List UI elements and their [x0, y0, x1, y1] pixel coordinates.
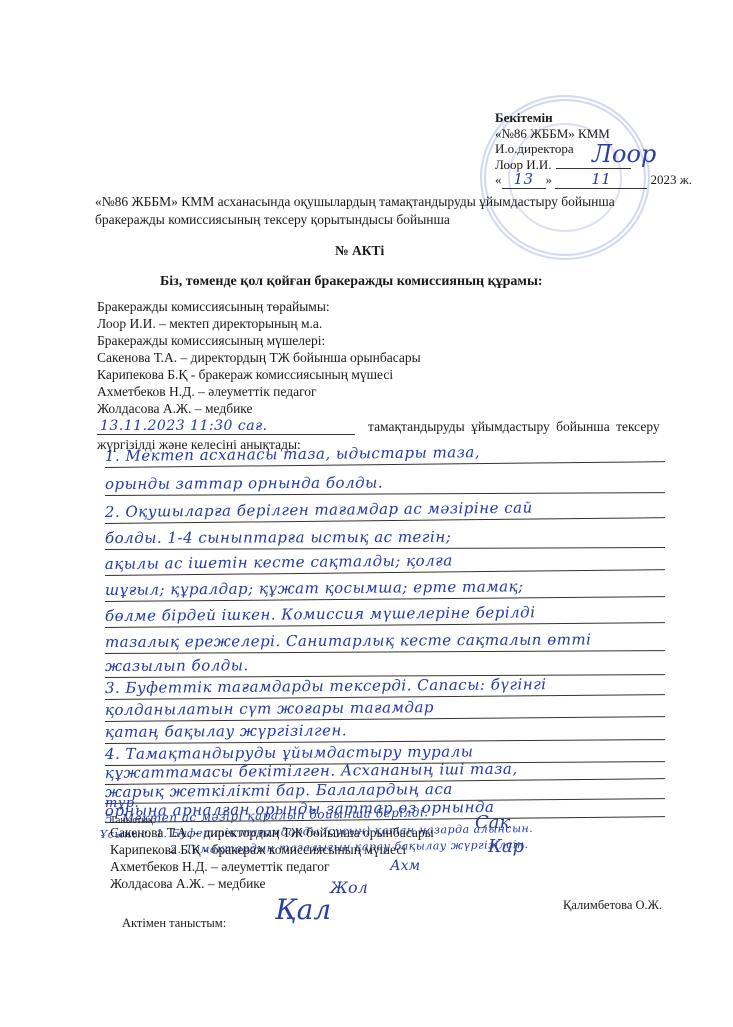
document-heading-line2: бракеражды комиссиясының тексеру қорытын… — [95, 211, 450, 228]
signature-sakenova: Сак — [475, 812, 510, 833]
familiarized-name: Қалимбетова О.Ж. — [563, 897, 662, 914]
member-3: Ахметбеков Н.Д. – әлеуметтік педагог — [97, 383, 317, 400]
members-label: Бракеражды комиссиясының мүшелері: — [97, 332, 325, 349]
member-4: Жолдасова А.Ж. – медбике — [97, 400, 253, 417]
ack-member-2: Карипекова Б.Қ - бракераж комиссиясының … — [110, 841, 406, 858]
ack-member-1: Сакенова Т.А. – директордың ТЖ бойынша о… — [110, 824, 434, 841]
finding-line: тұр. — [105, 796, 139, 811]
familiarized-label: Актімен таныстым: — [122, 915, 226, 932]
approval-org: «№86 ЖББМ» КММ — [495, 126, 692, 142]
director-signature: Лоор — [592, 140, 656, 168]
chair-label: Бракеражды комиссиясының төрайымы: — [97, 298, 330, 315]
composition-title: Біз, төменде қол қойған бракеражды комис… — [160, 273, 543, 290]
familiarized-signature: Қал — [275, 893, 331, 926]
approval-date: «13» 11 2023 ж. — [495, 172, 692, 189]
approval-title: Бекітемін — [495, 110, 692, 126]
ack-member-3: Ахметбеков Н.Д. – әлеуметтік педагог — [110, 858, 330, 875]
signature-karipekova: Кар — [488, 836, 524, 857]
document-heading-line1: «№86 ЖББМ» КММ асханасында оқушылардың т… — [95, 193, 615, 210]
inspection-datetime: 13.11.2023 11:30 сағ. — [100, 418, 268, 434]
chair-name: Лоор И.И. – мектеп директорының м.а. — [97, 315, 322, 332]
inspection-datetime-field: 13.11.2023 11:30 сағ. — [97, 416, 355, 435]
member-1: Сакенова Т.А. – директордың ТЖ бойынша о… — [97, 349, 421, 366]
signature-zholdasova: Жол — [330, 878, 368, 897]
ack-member-4: Жолдасова А.Ж. – медбике — [110, 875, 266, 892]
signature-akhmetbekov: Ахм — [390, 858, 420, 874]
act-title: № АКТі — [335, 242, 384, 259]
member-2: Карипекова Б.Қ - бракераж комиссиясының … — [97, 366, 393, 383]
